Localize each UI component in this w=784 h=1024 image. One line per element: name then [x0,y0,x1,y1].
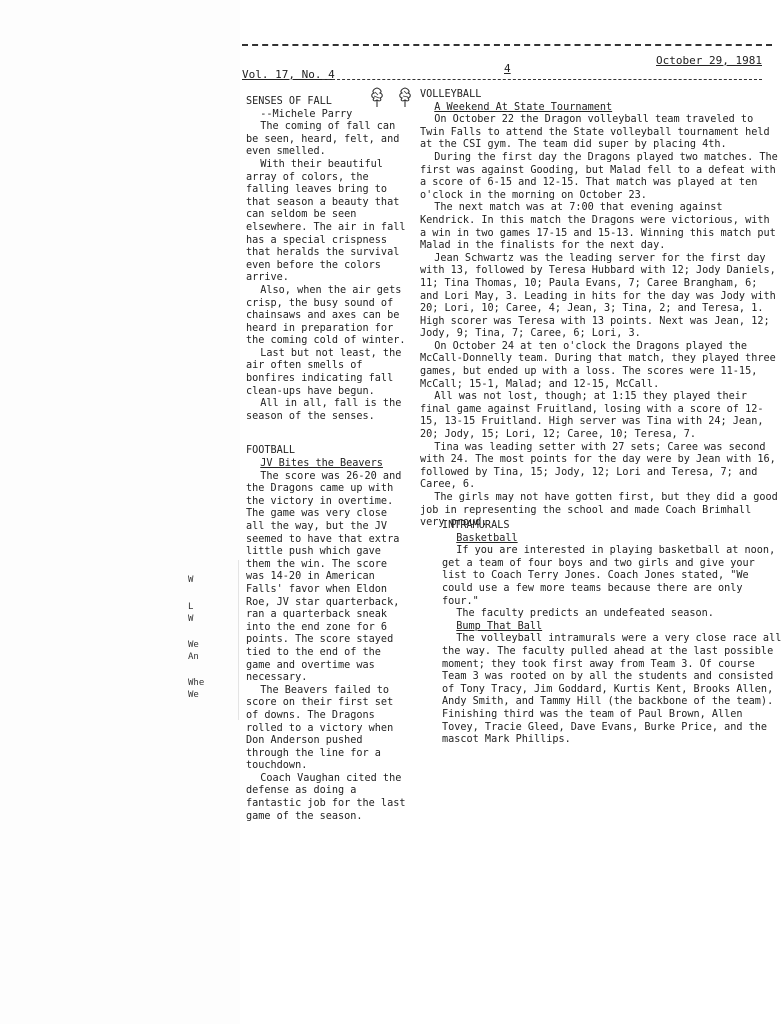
paragraph: The volleyball intramurals were a very c… [442,633,784,746]
paragraph: With their beautiful array of colors, th… [246,159,406,285]
senses-of-fall-article: SENSES OF FALL --Michele Parry The comin… [246,96,406,823]
paragraph: The faculty predicts an undefeated seaso… [442,608,784,621]
margin-fragment: L [188,602,193,613]
paragraph: The next match was at 7:00 that evening … [420,202,780,252]
paragraph: If you are interested in playing basketb… [442,545,784,608]
article-headline: A Weekend At State Tournament [434,102,780,115]
masthead: October 29, 1981 4 Vol. 17, No. 4 [242,54,772,74]
intramurals-article: INTRAMURALS Basketball If you are intere… [442,520,784,747]
header-rule-lower [322,79,762,80]
paragraph: Jean Schwartz was the leading server for… [420,253,780,341]
article-headline: Bump That Ball [456,621,784,634]
newsletter-page: W L W We An Whe We October 29, 1981 4 Vo… [0,0,784,1024]
article-headline: Basketball [456,533,784,546]
section-heading-volleyball: VOLLEYBALL [420,89,780,102]
paragraph: The score was 26-20 and the Dragons came… [246,471,406,685]
margin-fragment: An [188,652,199,663]
header-rule [242,44,772,46]
section-heading-intramurals: INTRAMURALS [442,520,784,533]
paragraph: Last but not least, the air often smells… [246,348,406,398]
margin-fragment: W [188,575,193,586]
article-headline: JV Bites the Beavers [260,458,406,471]
margin-fragment: We [188,690,199,701]
section-heading-football: FOOTBALL [246,445,406,458]
paragraph: The Beavers failed to score on their fir… [246,685,406,773]
page-edge [238,560,239,720]
byline: --Michele Parry [246,109,406,122]
volleyball-article: VOLLEYBALL A Weekend At State Tournament… [420,89,780,530]
margin-fragment: W [188,614,193,625]
paragraph: Coach Vaughan cited the defense as doing… [246,773,406,823]
volume-number: Vol. 17, No. 4 [242,68,335,81]
underlying-page [0,0,240,1024]
paragraph: All in all, fall is the season of the se… [246,398,406,423]
page-number: 4 [504,62,511,75]
paragraph: On October 22 the Dragon volleyball team… [420,114,780,152]
paragraph: Tina was leading setter with 27 sets; Ca… [420,442,780,492]
paragraph: Also, when the air gets crisp, the busy … [246,285,406,348]
paragraph: On October 24 at ten o'clock the Dragons… [420,341,780,391]
article-title: SENSES OF FALL [246,96,406,109]
paragraph: During the first day the Dragons played … [420,152,780,202]
paragraph: The coming of fall can be seen, heard, f… [246,121,406,159]
paragraph: All was not lost, though; at 1:15 they p… [420,391,780,441]
issue-date: October 29, 1981 [656,54,762,67]
margin-fragment: We [188,640,199,651]
margin-fragment: Whe [188,678,204,689]
